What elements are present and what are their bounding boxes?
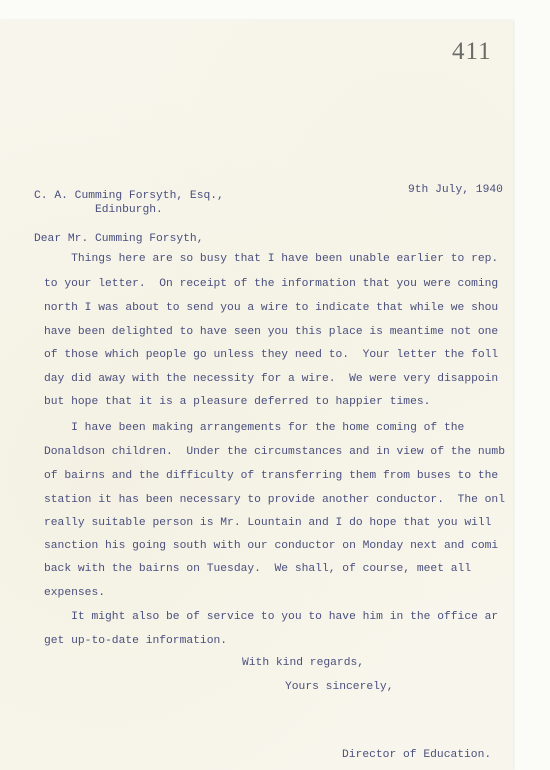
letter-date: 9th July, 1940 (408, 185, 503, 196)
valediction: Yours sincerely, (285, 682, 393, 693)
signatory-title: Director of Education. (342, 750, 491, 761)
body-line: have been delighted to have seen you thi… (44, 327, 498, 338)
body-line: sanction his going south with our conduc… (44, 541, 498, 552)
body-line: north I was about to send you a wire to … (44, 303, 498, 314)
recipient-name: C. A. Cumming Forsyth, Esq., (34, 191, 224, 202)
body-line: of bairns and the difficulty of transfer… (44, 471, 498, 482)
body-line: really suitable person is Mr. Lountain a… (44, 518, 491, 529)
body-line: get up-to-date information. (44, 636, 227, 647)
recipient-city: Edinburgh. (95, 205, 163, 216)
body-line: Things here are so busy that I have been… (44, 254, 498, 265)
closing: With kind regards, (242, 658, 364, 669)
body-line: Donaldson children. Under the circumstan… (44, 447, 505, 458)
body-line: back with the bairns on Tuesday. We shal… (44, 564, 471, 575)
body-line: I have been making arrangements for the … (44, 423, 464, 434)
body-line: expenses. (44, 588, 105, 599)
body-line: station it has been necessary to provide… (44, 495, 505, 506)
body-line: day did away with the necessity for a wi… (44, 374, 498, 385)
body-line: of those which people go unless they nee… (44, 350, 498, 361)
salutation: Dear Mr. Cumming Forsyth, (34, 234, 203, 245)
body-line: It might also be of service to you to ha… (44, 612, 498, 623)
body-line: but hope that it is a pleasure deferred … (44, 397, 430, 408)
body-line: to your letter. On receipt of the inform… (44, 279, 498, 290)
page-number: 411 (452, 38, 492, 66)
